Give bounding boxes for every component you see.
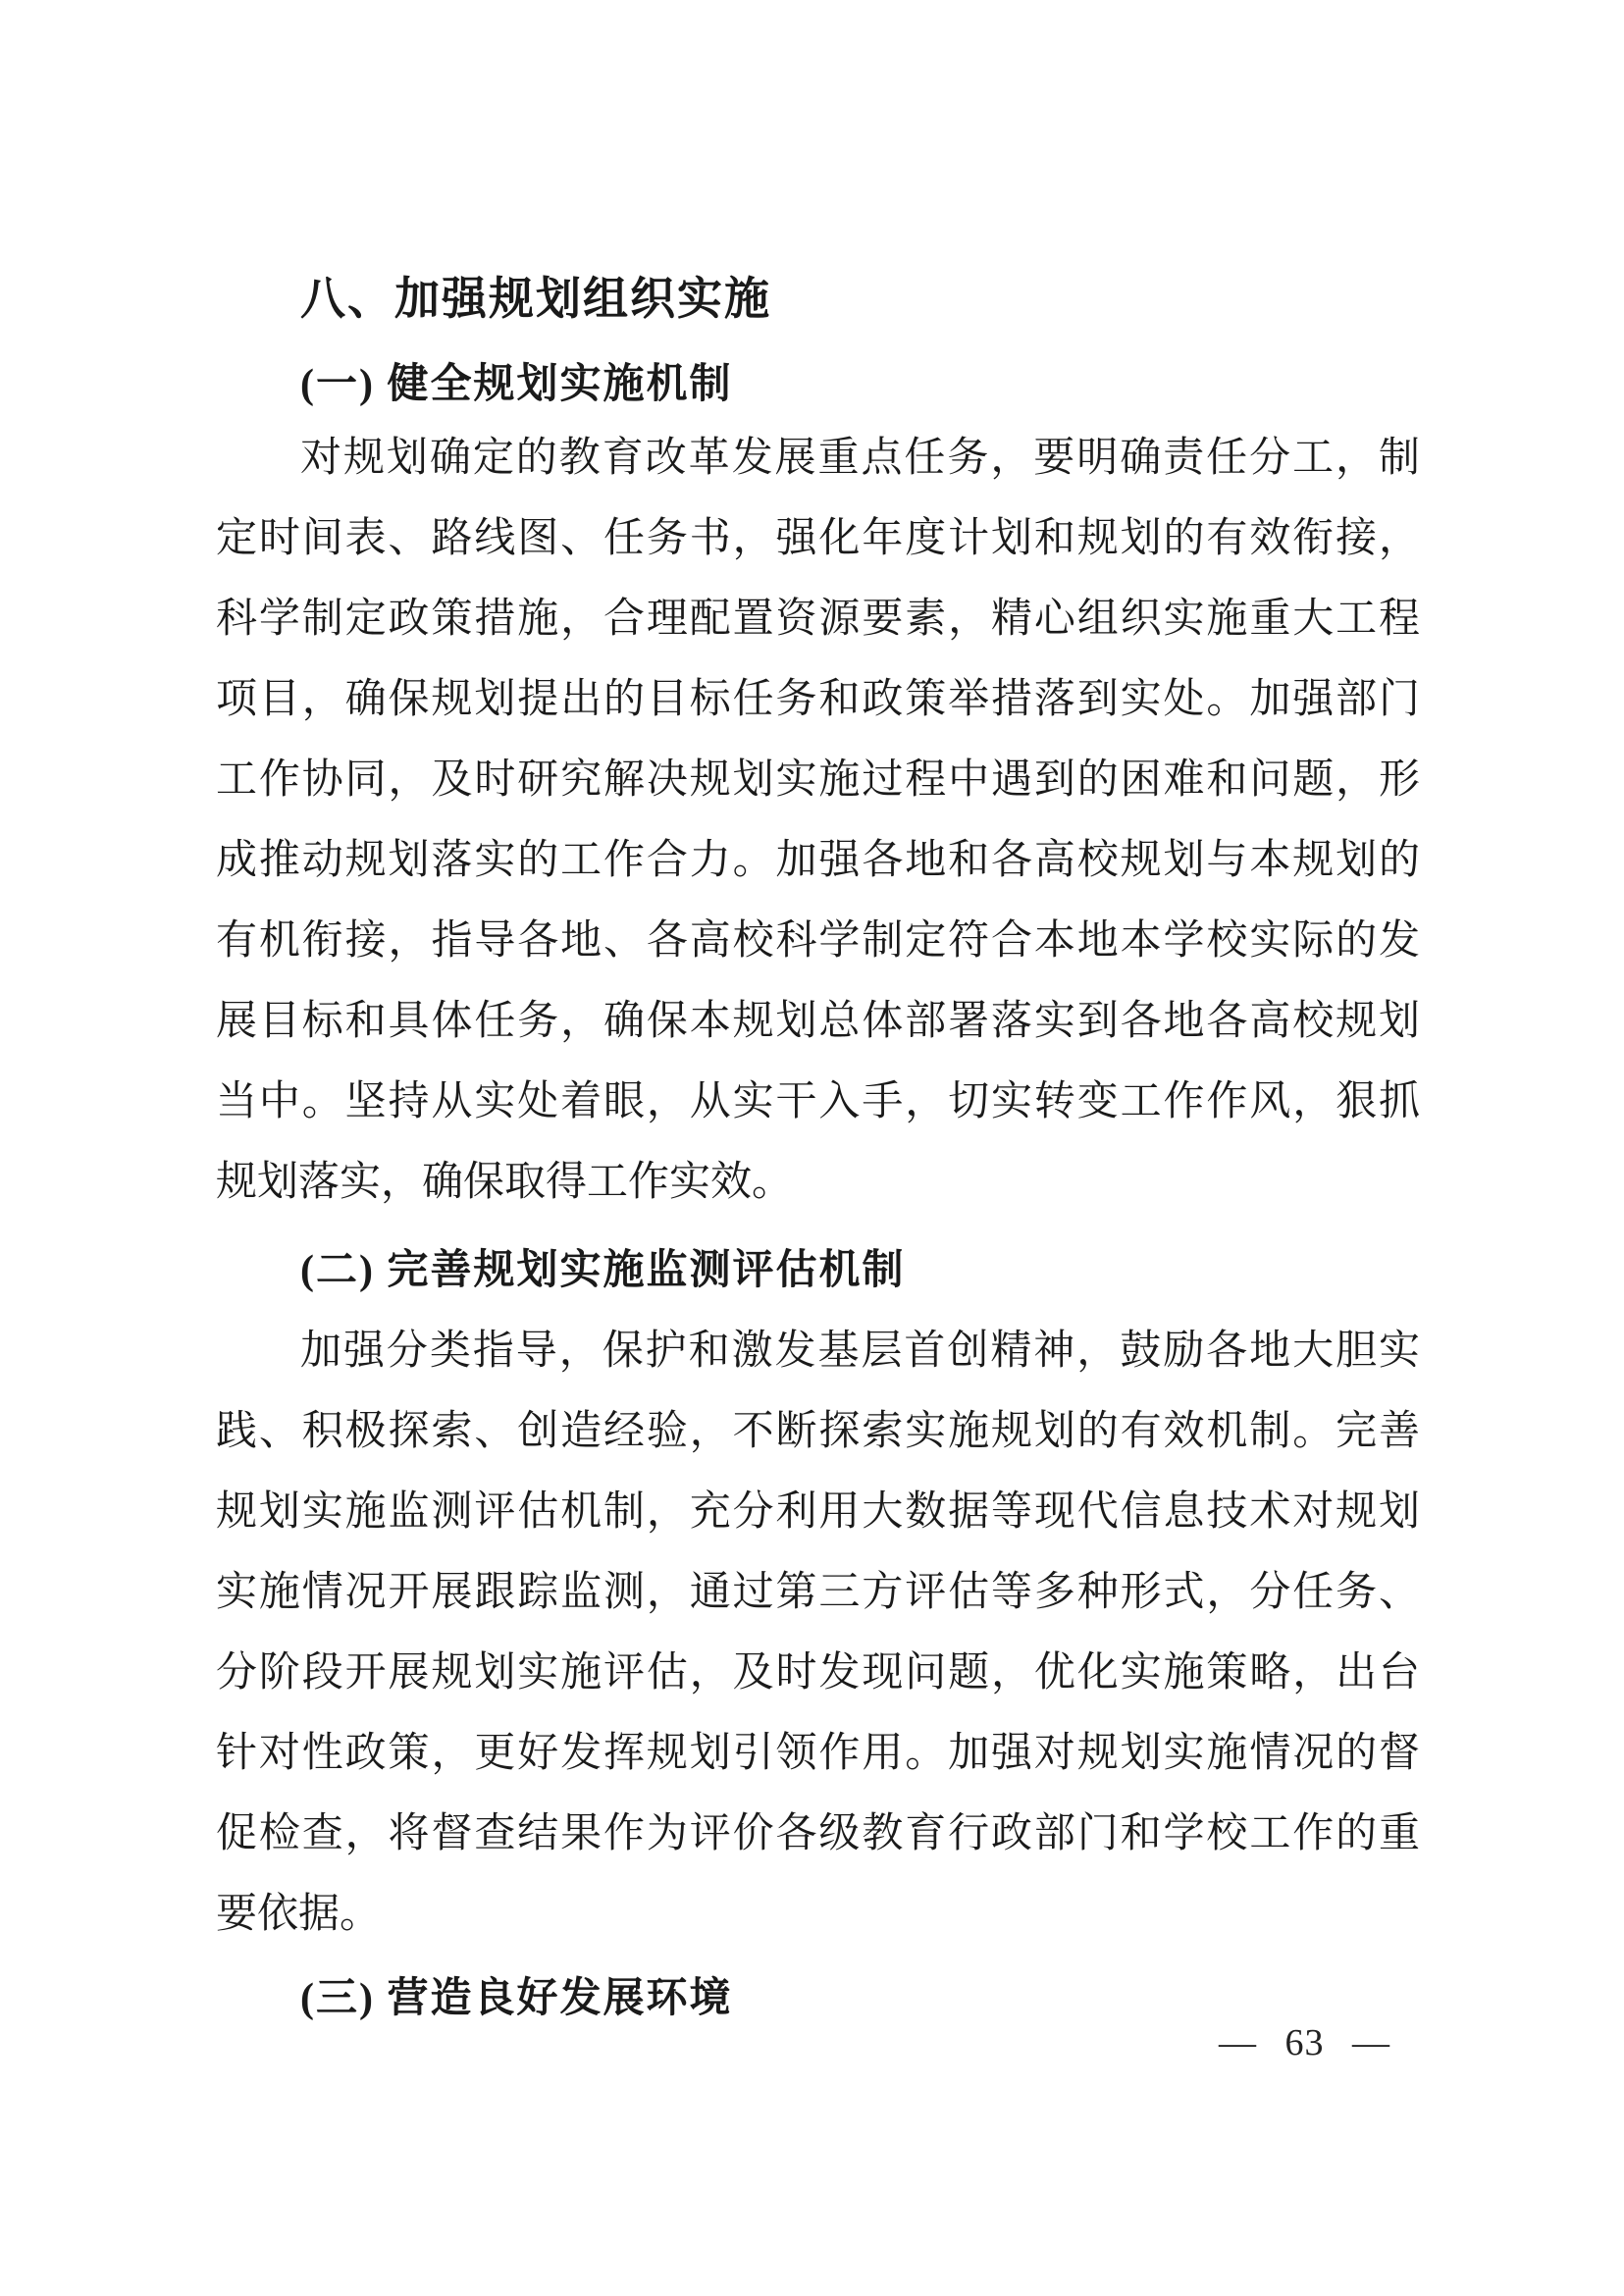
text-line: 有机衔接，指导各地、各高校科学制定符合本地本学校实际的发 (216, 901, 1420, 981)
text-line: 针对性政策，更好发挥规划引领作用。加强对规划实施情况的督 (216, 1713, 1420, 1794)
text-line: 要依据。 (216, 1874, 1420, 1955)
text-line: 工作协同，及时研究解决规划实施过程中遇到的困难和问题，形 (216, 740, 1420, 820)
page-number: — 63 — (1219, 2019, 1390, 2066)
text-line: 践、积极探索、创造经验，不断探索实施规划的有效机制。完善 (216, 1391, 1420, 1472)
text-line: 对规划确定的教育改革发展重点任务，要明确责任分工，制 (216, 418, 1420, 498)
text-line: 促检查，将督查结果作为评价各级教育行政部门和学校工作的重 (216, 1794, 1420, 1874)
text-line: 规划落实，确保取得工作实效。 (216, 1142, 1420, 1223)
text-line: 规划实施监测评估机制，充分利用大数据等现代信息技术对规划 (216, 1472, 1420, 1552)
text-line: 定时间表、路线图、任务书，强化年度计划和规划的有效衔接， (216, 498, 1420, 579)
text-line: 当中。坚持从实处着眼，从实干入手，切实转变工作作风，狠抓 (216, 1062, 1420, 1142)
subsection-heading-1: (一) 健全规划实施机制 (216, 344, 1420, 425)
text-line: 分阶段开展规划实施评估，及时发现问题，优化实施策略，出台 (216, 1633, 1420, 1713)
paragraph-2: 加强分类指导，保护和激发基层首创精神，鼓励各地大胆实践、积极探索、创造经验，不断… (216, 1311, 1420, 1955)
section-heading: 八、加强规划组织实施 (216, 258, 1420, 339)
subsection-heading-2: (二) 完善规划实施监测评估机制 (216, 1230, 1420, 1311)
text-line: 实施情况开展跟踪监测，通过第三方评估等多种形式，分任务、 (216, 1552, 1420, 1633)
text-line: 项目，确保规划提出的目标任务和政策举措落到实处。加强部门 (216, 659, 1420, 740)
text-line: 成推动规划落实的工作合力。加强各地和各高校规划与本规划的 (216, 820, 1420, 901)
text-line: 加强分类指导，保护和激发基层首创精神，鼓励各地大胆实 (216, 1311, 1420, 1391)
paragraph-1: 对规划确定的教育改革发展重点任务，要明确责任分工，制定时间表、路线图、任务书，强… (216, 418, 1420, 1223)
text-line: 科学制定政策措施，合理配置资源要素，精心组织实施重大工程 (216, 579, 1420, 659)
document-page: 八、加强规划组织实施 (一) 健全规划实施机制 对规划确定的教育改革发展重点任务… (0, 0, 1624, 2296)
text-line: 展目标和具体任务，确保本规划总体部署落实到各地各高校规划 (216, 981, 1420, 1062)
